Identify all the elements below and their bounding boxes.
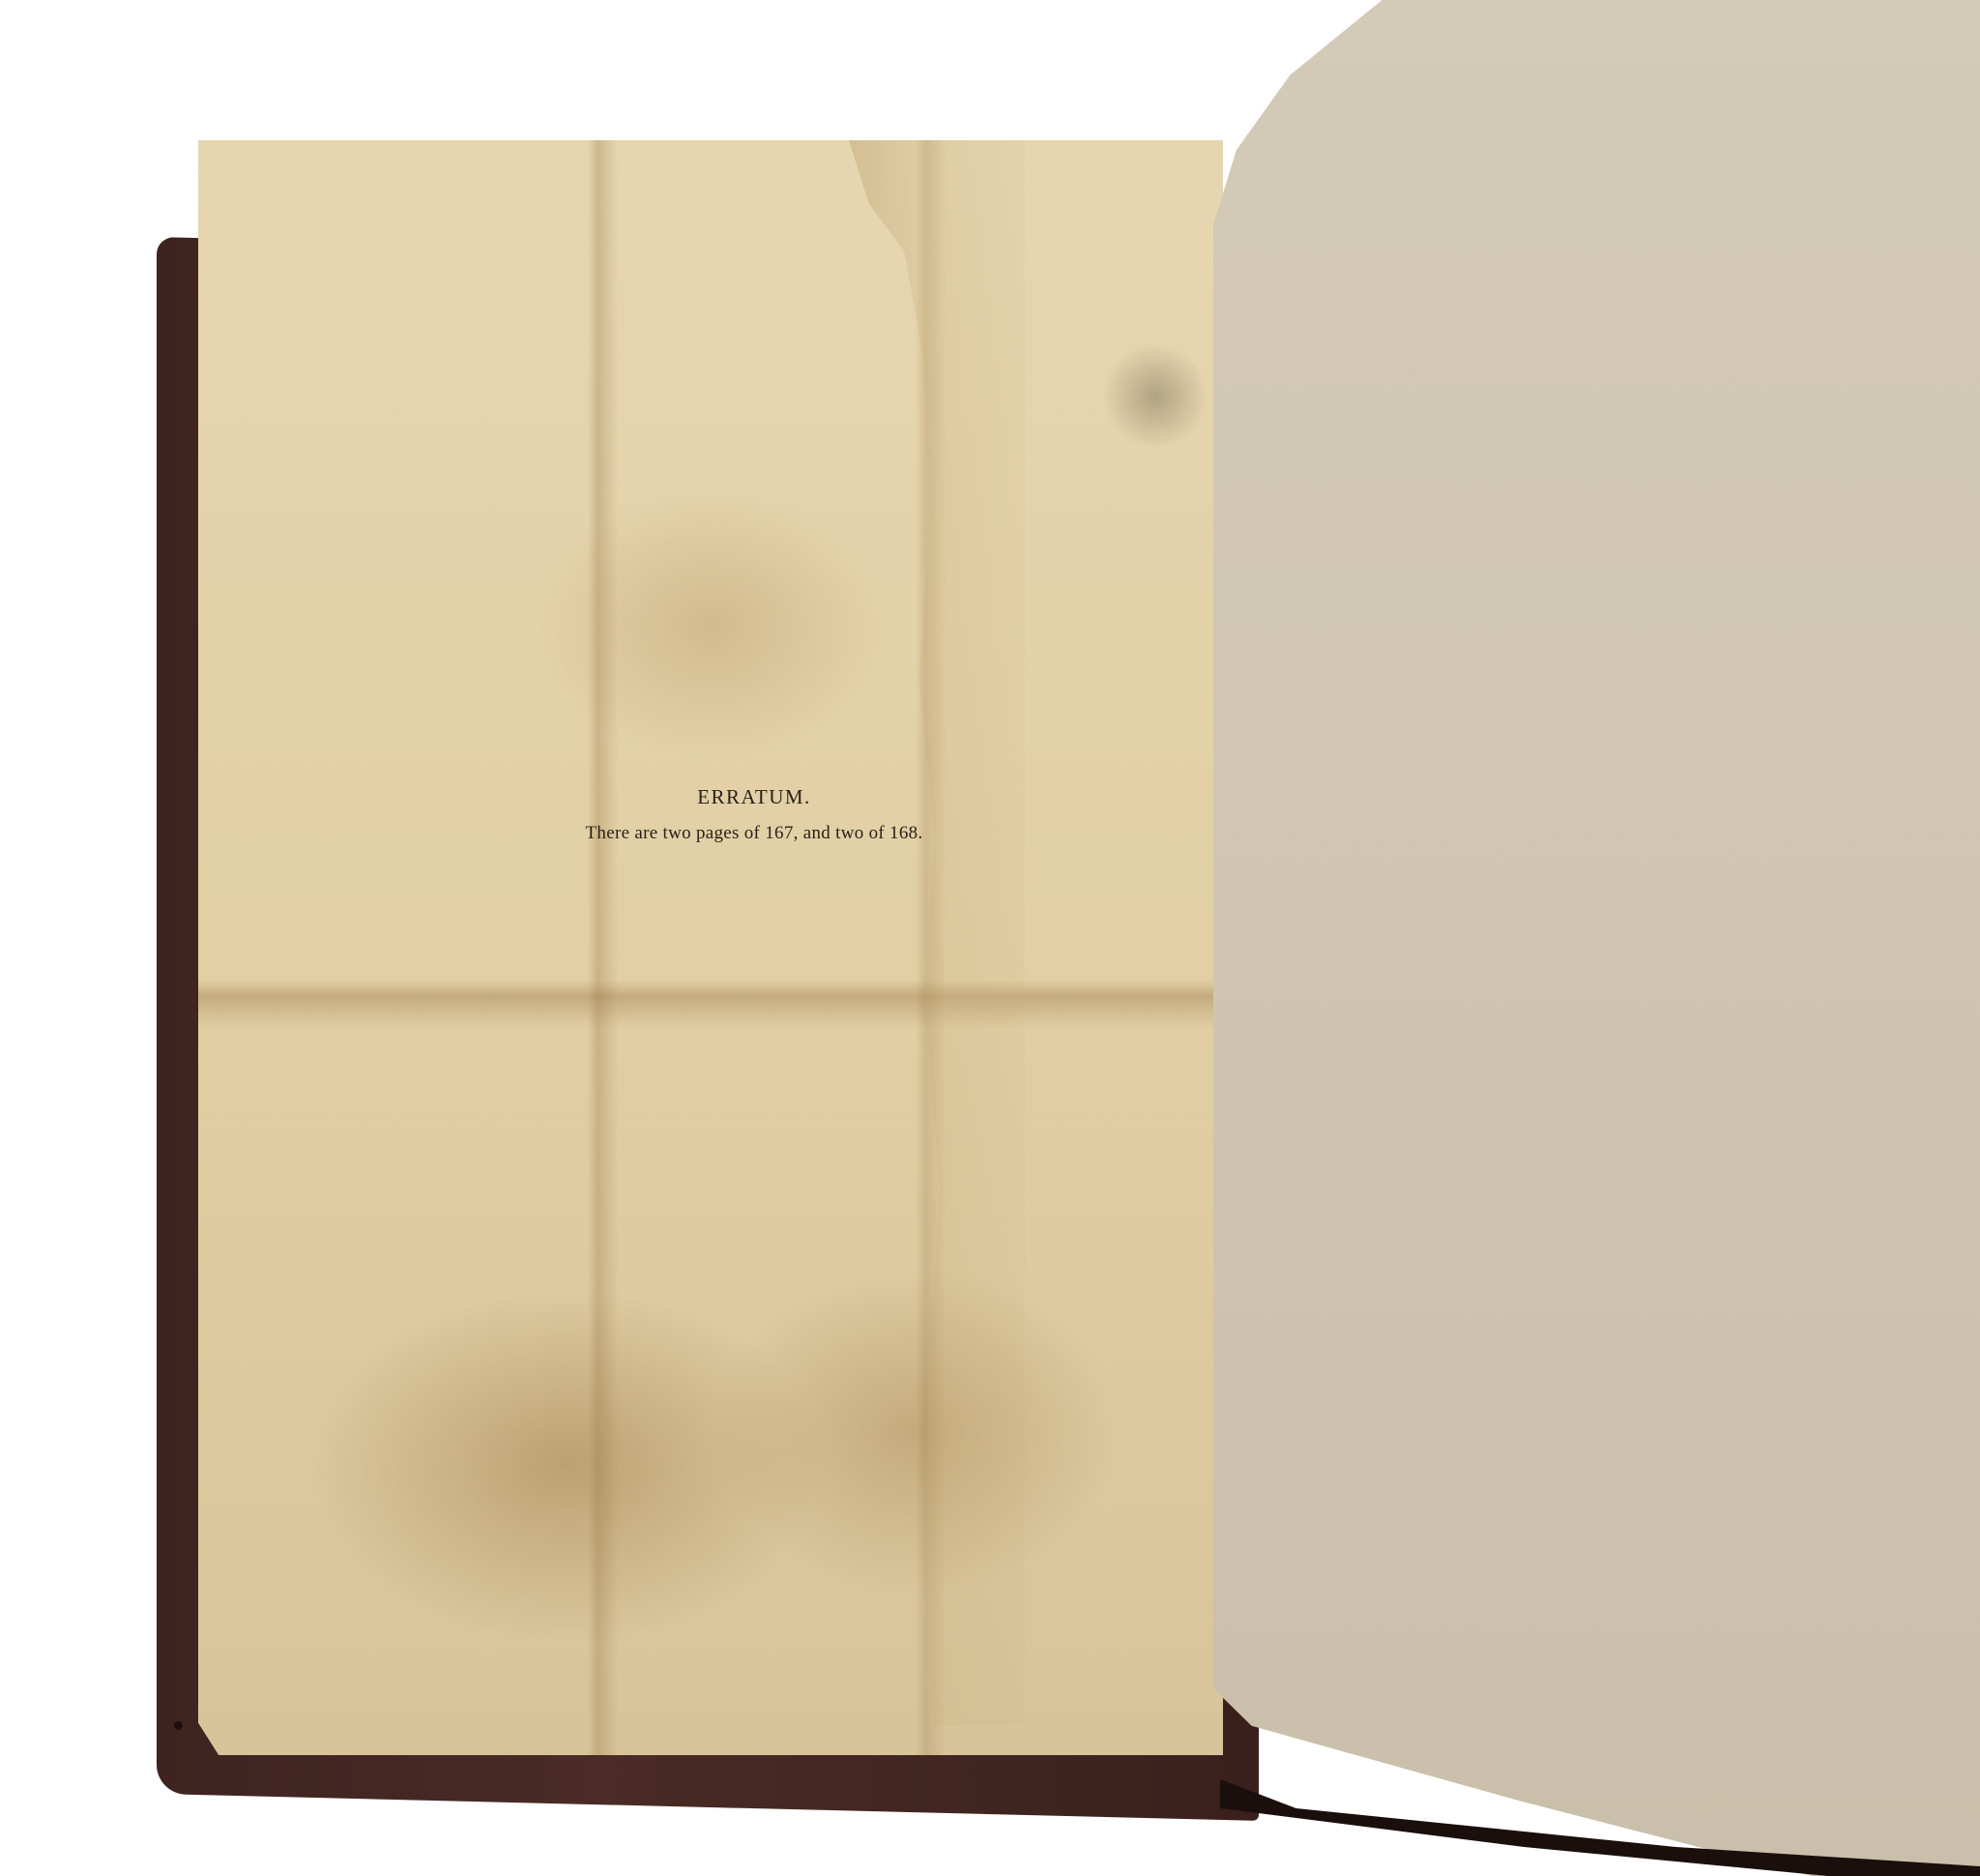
right-page-endpaper [1213,0,1980,1876]
erratum-text: There are two pages of 167, and two of 1… [522,823,986,844]
left-page [198,140,1223,1755]
erratum-title: ERRATUM. [522,785,986,809]
offset-ink-smudge [1102,343,1208,450]
book-photo: ERRATUM. There are two pages of 167, and… [0,0,1980,1876]
erratum-notice: ERRATUM. There are two pages of 167, and… [522,774,986,844]
